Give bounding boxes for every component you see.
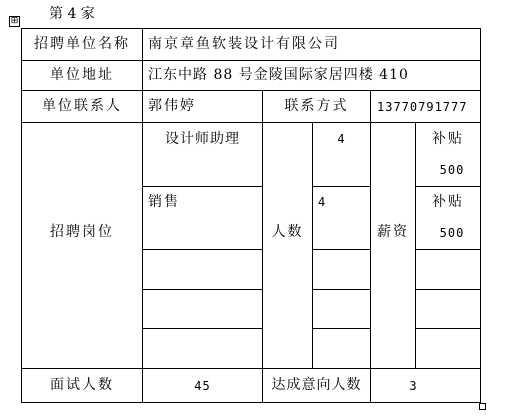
row-divider [415,289,480,290]
phone-label: 联系方式 [263,98,370,114]
interview-count-value[interactable]: 45 [143,378,262,394]
row-divider [21,60,481,61]
phone-value[interactable]: 13770791777 [377,99,467,115]
table-border-right [480,28,481,403]
contact-label: 单位联系人 [22,98,142,114]
position-empty-row[interactable] [143,250,262,289]
row-divider [415,249,480,250]
table-border-top [21,28,481,29]
table-resize-handle-icon[interactable] [479,403,486,410]
col-divider [370,90,371,403]
row-divider [312,249,370,250]
row-divider [21,90,481,91]
company-name-value[interactable]: 南京章鱼软装设计有限公司 [148,36,340,52]
row-divider [312,186,370,187]
intent-count-label: 达成意向人数 [263,377,370,393]
col-divider [415,122,416,368]
table-border-bottom [21,402,481,403]
position-headcount[interactable]: 4 [318,194,326,210]
position-title[interactable]: 销售 [148,194,180,210]
position-headcount[interactable]: 4 [313,131,370,147]
company-name-label: 招聘单位名称 [22,36,142,52]
interview-count-label: 面试人数 [22,377,142,393]
position-title[interactable]: 设计师助理 [143,131,262,147]
contact-value[interactable]: 郭伟婷 [148,98,196,114]
page-heading: 第 4 家 [49,3,95,23]
col-divider [262,90,263,403]
row-divider [21,368,481,369]
position-salary-line2[interactable]: 500 [420,225,484,241]
address-label: 单位地址 [22,67,142,83]
row-divider [415,186,480,187]
positions-label: 招聘岗位 [22,224,142,240]
position-empty-row[interactable] [143,329,262,368]
position-salary-line1[interactable]: 补贴 [416,131,480,147]
salary-label: 薪资 [371,224,415,240]
intent-count-value[interactable]: 3 [371,378,456,394]
row-divider [415,328,480,329]
position-salary-line2[interactable]: 500 [420,162,484,178]
table-border-left [21,28,22,403]
col-divider [312,122,313,368]
position-salary-line1[interactable]: 补贴 [416,194,480,210]
row-divider [142,186,262,187]
row-divider [312,328,370,329]
position-empty-row[interactable] [143,290,262,328]
headcount-label: 人数 [263,224,312,240]
row-divider [312,289,370,290]
row-divider [21,122,481,123]
address-value[interactable]: 江东中路 88 号金陵国际家居四楼 410 [148,67,409,83]
table-move-handle-icon[interactable]: ⊞ [9,16,20,27]
